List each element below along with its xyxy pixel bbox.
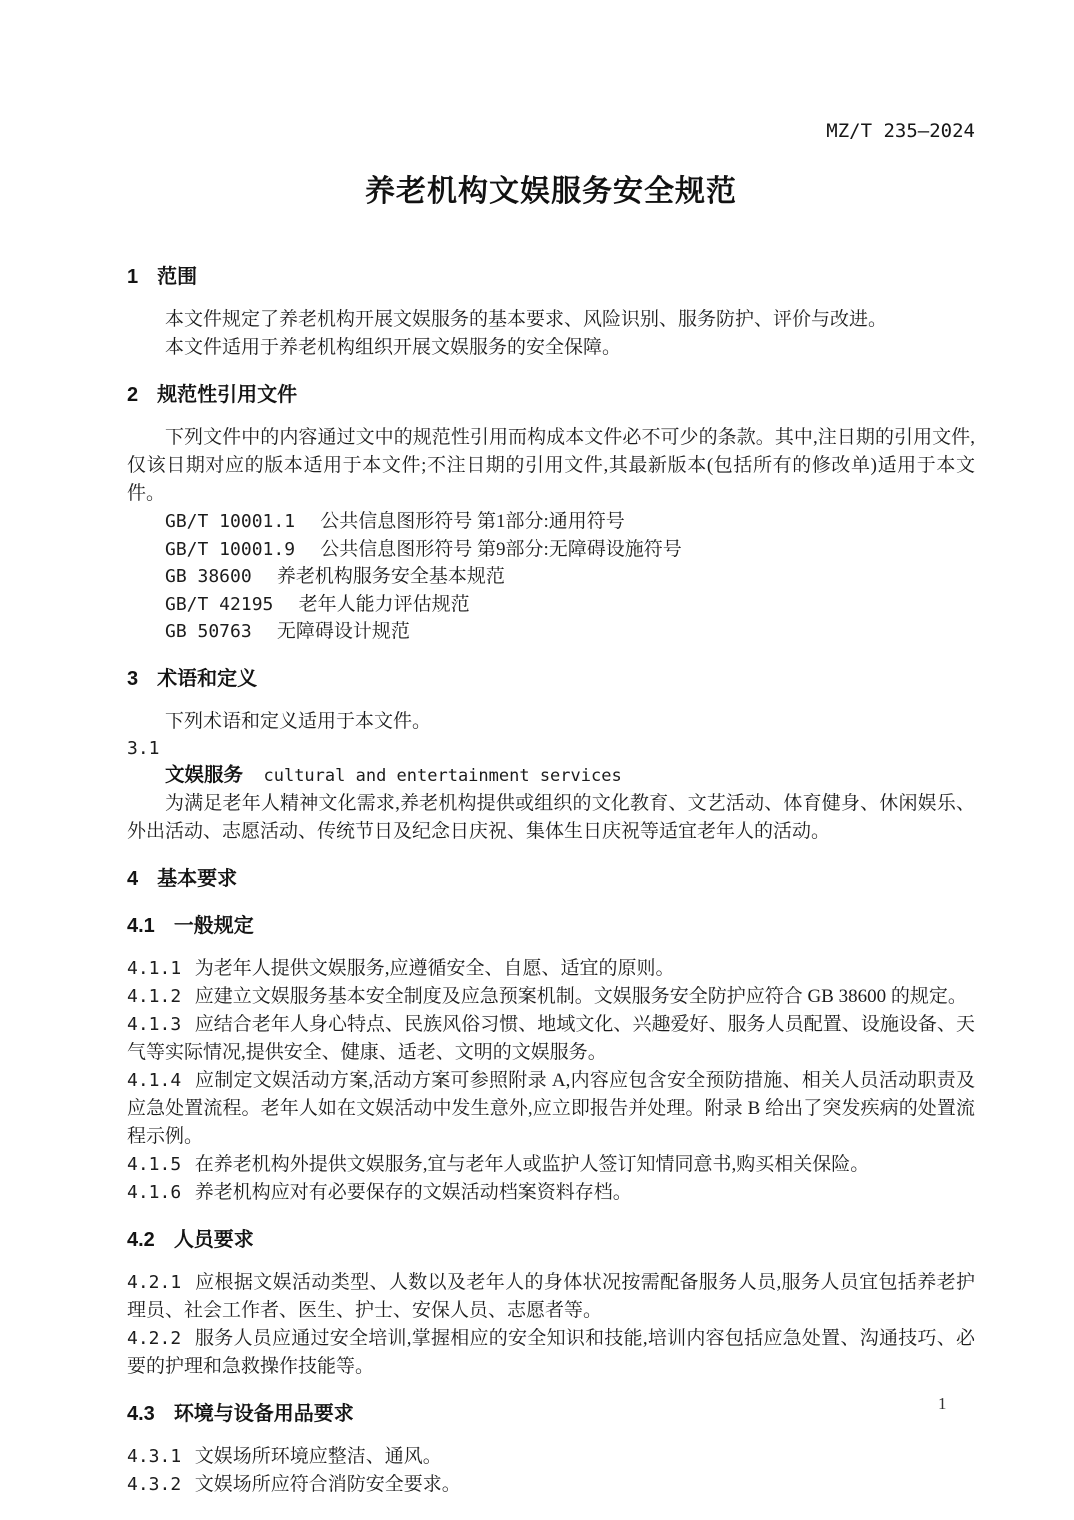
section-1-heading: 1范围: [127, 263, 975, 291]
clause-number: 4.3.2: [127, 1474, 181, 1495]
page-number: 1: [938, 1394, 947, 1414]
subsection-4-3-title: 环境与设备用品要求: [174, 1403, 354, 1425]
clause-4-1-6: 4.1.6养老机构应对有必要保存的文娱活动档案资料存档。: [127, 1179, 975, 1207]
document-title: 养老机构文娱服务安全规范: [127, 170, 975, 214]
clause-4-1-5: 4.1.5在养老机构外提供文娱服务,宜与老年人或监护人签订知情同意书,购买相关保…: [127, 1151, 975, 1179]
section-2-title: 规范性引用文件: [157, 384, 297, 406]
clause-text: 应建立文娱服务基本安全制度及应急预案机制。文娱服务安全防护应符合 GB 3860…: [195, 986, 967, 1007]
subsection-4-2-number: 4.2: [127, 1229, 155, 1251]
section-4-heading: 4基本要求: [127, 865, 975, 893]
clause-4-1-4: 4.1.4应制定文娱活动方案,活动方案可参照附录 A,内容应包含安全预防措施、相…: [127, 1067, 975, 1151]
reference-code: GB/T 10001.1: [165, 511, 295, 532]
clause-4-2-1: 4.2.1应根据文娱活动类型、人数以及老年人的身体状况按需配备服务人员,服务人员…: [127, 1269, 975, 1325]
section-1-number: 1: [127, 266, 138, 288]
clause-text: 服务人员应通过安全培训,掌握相应的安全知识和技能,培训内容包括应急处置、沟通技巧…: [127, 1328, 975, 1377]
clause-4-3-1: 4.3.1文娱场所环境应整洁、通风。: [127, 1443, 975, 1471]
clause-text: 应制定文娱活动方案,活动方案可参照附录 A,内容应包含安全预防措施、相关人员活动…: [127, 1070, 975, 1147]
subsection-4-1-heading: 4.1一般规定: [127, 912, 975, 940]
subsection-4-1-number: 4.1: [127, 915, 155, 937]
term-number: 3.1: [127, 736, 975, 762]
section-2-number: 2: [127, 384, 138, 406]
reference-code: GB/T 10001.9: [165, 539, 295, 560]
clause-number: 4.1.1: [127, 958, 181, 979]
clause-text: 文娱场所应符合消防安全要求。: [195, 1474, 461, 1495]
section-4-title: 基本要求: [157, 868, 237, 890]
clause-number: 4.1.4: [127, 1070, 181, 1091]
section-4-number: 4: [127, 868, 138, 890]
clause-text: 在养老机构外提供文娱服务,宜与老年人或监护人签订知情同意书,购买相关保险。: [195, 1154, 870, 1175]
reference-title: 公共信息图形符号 第9部分:无障碍设施符号: [320, 539, 682, 560]
term-en-label: cultural and entertainment services: [263, 766, 621, 786]
standard-number: MZ/T 235—2024: [826, 120, 975, 142]
page-content: MZ/T 235—2024 养老机构文娱服务安全规范 1范围 本文件规定了养老机…: [127, 120, 975, 1499]
term-entry: 文娱服务cultural and entertainment services: [127, 762, 975, 790]
clause-number: 4.1.3: [127, 1014, 181, 1035]
clause-text: 养老机构应对有必要保存的文娱活动档案资料存档。: [195, 1182, 632, 1203]
section-3-heading: 3术语和定义: [127, 665, 975, 693]
term-zh-label: 文娱服务: [165, 764, 243, 786]
reference-title: 老年人能力评估规范: [299, 594, 470, 615]
reference-code: GB 38600: [165, 566, 252, 587]
term-definition: 为满足老年人精神文化需求,养老机构提供或组织的文化教育、文艺活动、体育健身、休闲…: [127, 790, 975, 846]
doc-header: MZ/T 235—2024: [127, 120, 975, 144]
clause-4-2-2: 4.2.2服务人员应通过安全培训,掌握相应的安全知识和技能,培训内容包括应急处置…: [127, 1325, 975, 1381]
subsection-4-1-title: 一般规定: [174, 915, 254, 937]
clause-4-1-2: 4.1.2应建立文娱服务基本安全制度及应急预案机制。文娱服务安全防护应符合 GB…: [127, 983, 975, 1011]
subsection-4-2-heading: 4.2人员要求: [127, 1226, 975, 1254]
reference-title: 无障碍设计规范: [277, 621, 410, 642]
clause-4-1-3: 4.1.3应结合老年人身心特点、民族风俗习惯、地域文化、兴趣爱好、服务人员配置、…: [127, 1011, 975, 1067]
clause-number: 4.3.1: [127, 1446, 181, 1467]
section-2-heading: 2规范性引用文件: [127, 381, 975, 409]
subsection-4-3-number: 4.3: [127, 1403, 155, 1425]
clause-number: 4.2.1: [127, 1272, 181, 1293]
section-1-paragraph-1: 本文件规定了养老机构开展文娱服务的基本要求、风险识别、服务防护、评价与改进。: [127, 306, 975, 334]
reference-item: GB/T 10001.9公共信息图形符号 第9部分:无障碍设施符号: [127, 536, 975, 564]
clause-4-3-2: 4.3.2文娱场所应符合消防安全要求。: [127, 1471, 975, 1499]
reference-item: GB/T 10001.1公共信息图形符号 第1部分:通用符号: [127, 508, 975, 536]
subsection-4-3-heading: 4.3环境与设备用品要求: [127, 1400, 975, 1428]
reference-title: 养老机构服务安全基本规范: [277, 566, 505, 587]
section-3-number: 3: [127, 668, 138, 690]
reference-code: GB/T 42195: [165, 594, 273, 615]
reference-code: GB 50763: [165, 621, 252, 642]
reference-item: GB 50763无障碍设计规范: [127, 618, 975, 646]
clause-text: 为老年人提供文娱服务,应遵循安全、自愿、适宜的原则。: [195, 958, 675, 979]
subsection-4-2-title: 人员要求: [174, 1229, 254, 1251]
reference-item: GB 38600养老机构服务安全基本规范: [127, 563, 975, 591]
clause-number: 4.1.6: [127, 1182, 181, 1203]
clause-number: 4.1.2: [127, 986, 181, 1007]
section-3-title: 术语和定义: [157, 668, 257, 690]
clause-text: 应根据文娱活动类型、人数以及老年人的身体状况按需配备服务人员,服务人员宜包括养老…: [127, 1272, 975, 1321]
clause-text: 应结合老年人身心特点、民族风俗习惯、地域文化、兴趣爱好、服务人员配置、设施设备、…: [127, 1014, 975, 1063]
reference-title: 公共信息图形符号 第1部分:通用符号: [320, 511, 625, 532]
document-page: MZ/T 235—2024 养老机构文娱服务安全规范 1范围 本文件规定了养老机…: [0, 0, 1074, 1520]
section-1-title: 范围: [157, 266, 197, 288]
section-2-paragraph-1: 下列文件中的内容通过文中的规范性引用而构成本文件必不可少的条款。其中,注日期的引…: [127, 424, 975, 508]
clause-4-1-1: 4.1.1为老年人提供文娱服务,应遵循安全、自愿、适宜的原则。: [127, 955, 975, 983]
clause-number: 4.1.5: [127, 1154, 181, 1175]
clause-number: 4.2.2: [127, 1328, 181, 1349]
section-1-paragraph-2: 本文件适用于养老机构组织开展文娱服务的安全保障。: [127, 334, 975, 362]
reference-item: GB/T 42195老年人能力评估规范: [127, 591, 975, 619]
clause-text: 文娱场所环境应整洁、通风。: [195, 1446, 442, 1467]
section-3-paragraph-1: 下列术语和定义适用于本文件。: [127, 708, 975, 736]
